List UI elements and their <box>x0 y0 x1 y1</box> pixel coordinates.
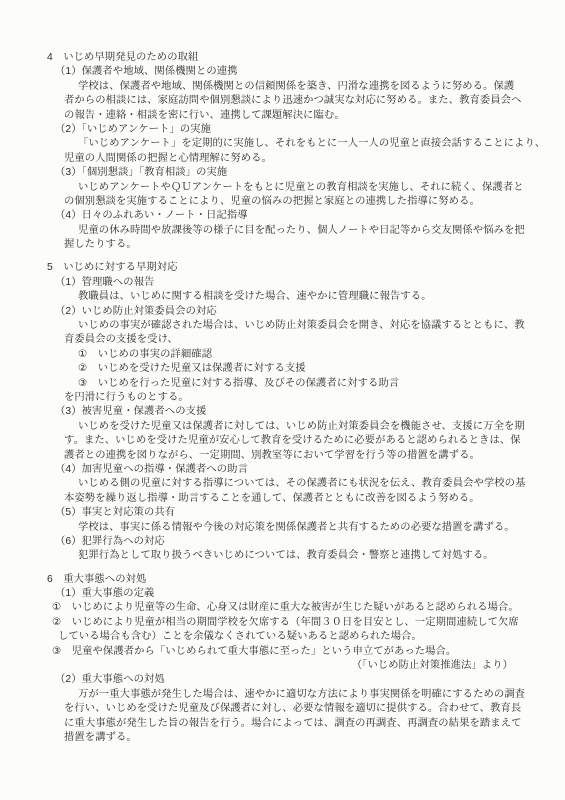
numbered-item-continuation: している場合も含む）ことを余儀なくされている疑いあると認められた場合。 <box>0 630 565 644</box>
body-text-line: 本姿勢を繰り返し指導・助言することを通して、保護者とともに改善を図るよう努める。 <box>0 492 565 506</box>
body-text-line: いじめを受けた児童又は保護者に対しては、いじめ防止対策委員会を機能させ、支援に万… <box>0 420 565 434</box>
subsection-heading: （2）重大事態への対処 <box>0 673 565 687</box>
subsection-heading: （2）いじめ防止対策委員会の対応 <box>0 305 565 319</box>
body-text-line: 者からの相談には、家庭訪問や個別懇談により迅速かつ誠実な対応に努める。また、教育… <box>0 94 565 108</box>
subsection-heading: （4）加害児童への指導・保護者への助言 <box>0 463 565 477</box>
subsection-heading: （3）「個別懇談」「教育相談」の実施 <box>0 166 565 180</box>
body-text-line: の個別懇談を実施することにより、児童の悩みの把握と家庭との連携した指導に努める。 <box>0 195 565 209</box>
body-text-line: いじめアンケートやＱＵアンケートをもとに児童との教育相談を実施し、それに続く、保… <box>0 181 565 195</box>
source-citation: （「いじめ防止対策推進法」より） <box>0 659 565 673</box>
document-page: 4 いじめ早期発見のための取組 （1）保護者や地域、関係機関との連携 学校は、保… <box>0 0 565 800</box>
document-content: 4 いじめ早期発見のための取組 （1）保護者や地域、関係機関との連携 学校は、保… <box>0 0 565 745</box>
numbered-item: ② いじめにより児童が相当の期間学校を欠席する（年間３０日を目安とし、一定期間連… <box>0 616 565 630</box>
body-text-line: 教職員は、いじめに関する相談を受けた場合、速やかに管理職に報告する。 <box>0 290 565 304</box>
subsection-heading: （1）保護者や地域、関係機関との連携 <box>0 65 565 79</box>
body-text-line: 握したりする。 <box>0 238 565 252</box>
body-text-line: 「いじめアンケート」を定期的に実施し、それをもとに一人一人の児童と直接会話するこ… <box>0 137 565 151</box>
subsection-heading: （6）犯罪行為への対応 <box>0 535 565 549</box>
body-text-line: の報告・連絡・相談を密に行い、連携して課題解決に臨む。 <box>0 109 565 123</box>
body-text-line: 犯罪行為として取り扱うべきいじめについては、教育委員会・警察と連携して対処する。 <box>0 549 565 563</box>
section-serious-incidents: 6 重大事態への対処 （1）重大事態の定義 ① いじめにより児童等の生命、心身又… <box>0 573 565 746</box>
section-heading: 6 重大事態への対処 <box>0 573 565 587</box>
subsection-heading: （1）管理職への報告 <box>0 276 565 290</box>
section-heading: 4 いじめ早期発見のための取組 <box>0 51 565 65</box>
body-text-line: を行い、いじめを受けた児童及び保護者に対し、必要な情報を適切に提供する。合わせて… <box>0 702 565 716</box>
body-text-line: いじめる側の児童に対する指導については、その保護者にも状況を伝え、教育委員会や学… <box>0 477 565 491</box>
body-text-line: 学校は、保護者や地域、関係機関との信頼関係を築き、円滑な連携を図るように努める。… <box>0 80 565 94</box>
body-text-line: を円滑に行うものとする。 <box>0 391 565 405</box>
body-text-line: 学校は、事実に係る情報や今後の対応策を関係保護者と共有するための必要な措置を講ず… <box>0 521 565 535</box>
subsection-heading: （2）「いじめアンケート」の実施 <box>0 123 565 137</box>
body-text-line: す。また、いじめを受けた児童が安心して教育を受けるために必要があると認められると… <box>0 434 565 448</box>
section-early-detection: 4 いじめ早期発見のための取組 （1）保護者や地域、関係機関との連携 学校は、保… <box>0 51 565 252</box>
section-early-response: 5 いじめに対する早期対応 （1）管理職への報告 教職員は、いじめに関する相談を… <box>0 261 565 563</box>
body-text-line: 児童の人間関係の把握と心情理解に努める。 <box>0 152 565 166</box>
numbered-item: ③ 児童や保護者から「いじめられて重大事態に至った」という申立てがあった場合。 <box>0 645 565 659</box>
numbered-item: ③ いじめを行った児童に対する指導、及びその保護者に対する助言 <box>0 377 565 391</box>
body-text-line: 育委員会の支援を受け、 <box>0 333 565 347</box>
subsection-heading: （1）重大事態の定義 <box>0 587 565 601</box>
section-heading: 5 いじめに対する早期対応 <box>0 261 565 275</box>
body-text-line: いじめの事実が確認された場合は、いじめ防止対策委員会を開き、対応を協議するととも… <box>0 319 565 333</box>
body-text-line: 万が一重大事態が発生した場合は、速やかに適切な方法により事実関係を明確にするため… <box>0 688 565 702</box>
subsection-heading: （3）被害児童・保護者への支援 <box>0 405 565 419</box>
body-text-line: 護者との連携を図りながら、一定期間、別教室等において学習を行う等の措置を講ずる。 <box>0 449 565 463</box>
numbered-item: ② いじめを受けた児童又は保護者に対する支援 <box>0 362 565 376</box>
numbered-item: ① いじめにより児童等の生命、心身又は財産に重大な被害が生じた疑いがあると認めら… <box>0 601 565 615</box>
body-text-line: 児童の休み時間や放課後等の様子に目を配ったり、個人ノートや日記等から交友関係や悩… <box>0 224 565 238</box>
body-text-line: に重大事態が発生した旨の報告を行う。場合によっては、調査の再調査、再調査の結果を… <box>0 717 565 731</box>
numbered-item: ① いじめの事実の詳細確認 <box>0 348 565 362</box>
body-text-line: 措置を講ずる。 <box>0 731 565 745</box>
subsection-heading: （5）事実と対応策の共有 <box>0 506 565 520</box>
subsection-heading: （4）日々のふれあい・ノート・日記指導 <box>0 209 565 223</box>
